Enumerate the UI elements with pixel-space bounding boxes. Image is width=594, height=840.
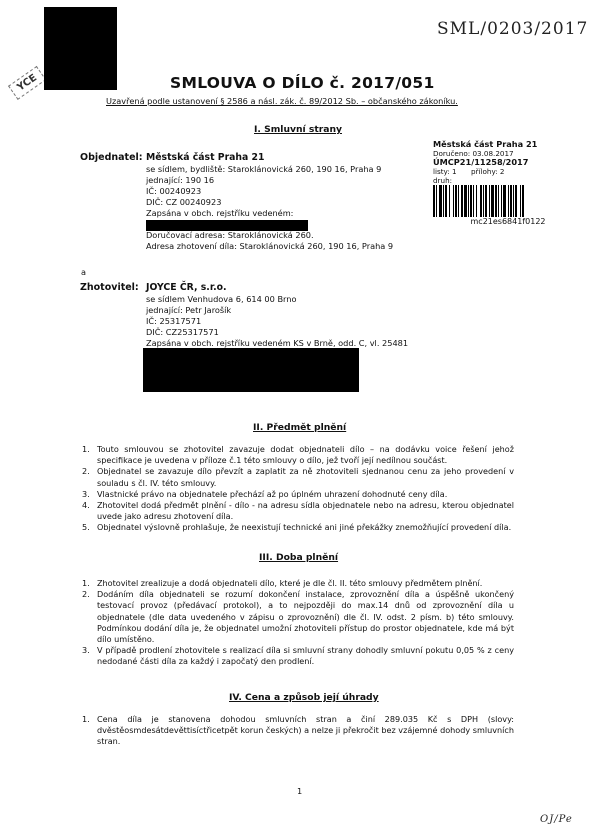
party-client-name: Městská část Praha 21 [146, 151, 393, 164]
list-item: 1.Cena díla je stanovena dohodou smluvní… [82, 714, 514, 748]
deadline-items: 1.Zhotovitel zrealizuje a dodá objednate… [82, 578, 514, 668]
party-contractor-representative: jednající: Petr Jarošík [146, 305, 408, 316]
handwritten-reference: SML/0203/2017 [437, 19, 588, 39]
stamp-office: Městská část Praha 21 [433, 140, 583, 149]
list-item-number: 1. [82, 714, 90, 725]
list-item-number: 5. [82, 522, 90, 533]
list-item: 3.Vlastnické právo na objednatele přechá… [82, 489, 514, 500]
list-item-text: Objednatel výslovně prohlašuje, že neexi… [97, 522, 511, 532]
party-client-registry: Zapsána v obch. rejstříku vedeném: [146, 208, 393, 219]
redacted-block-contractor [143, 348, 359, 392]
list-item-text: V případě prodlení zhotovitele s realiza… [97, 645, 514, 666]
redacted-block [44, 7, 117, 90]
party-client-ico: IČ: 00240923 [146, 186, 393, 197]
stamp-sheets: listy: 1 [433, 167, 471, 176]
registry-stamp: Městská část Praha 21 Doručeno: 03.08.20… [433, 140, 583, 226]
section-heading-subject: II. Předmět plnění [253, 422, 346, 433]
list-item: 1.Touto smlouvou se zhotovitel zavazuje … [82, 444, 514, 466]
section-heading-deadline: III. Doba plnění [259, 552, 338, 563]
list-item-number: 2. [82, 466, 90, 477]
party-contractor-ico: IČ: 25317571 [146, 316, 408, 327]
list-item: 3.V případě prodlení zhotovitele s reali… [82, 645, 514, 667]
page-number: 1 [297, 786, 302, 797]
party-role-client: Objednatel: [80, 152, 143, 163]
price-items: 1.Cena díla je stanovena dohodou smluvní… [82, 714, 514, 748]
redacted-line [146, 220, 308, 231]
stamp-type: druh: [433, 176, 583, 185]
section-heading-price: IV. Cena a způsob její úhrady [229, 692, 379, 703]
party-client-address: se sídlem, bydliště: Staroklánovická 260… [146, 164, 393, 175]
party-client-delivery-address: Doručovací adresa: Staroklánovická 260. [146, 230, 393, 241]
section-heading-parties: I. Smluvní strany [254, 124, 342, 135]
party-role-contractor: Zhotovitel: [80, 282, 139, 293]
barcode-text: mc21es6841f0122 [433, 217, 583, 226]
document-subtitle: Uzavřená podle ustanovení § 2586 a násl.… [106, 96, 458, 106]
list-item: 4.Zhotovitel dodá předmět plnění - dílo … [82, 500, 514, 522]
list-item-text: Zhotovitel zrealizuje a dodá objednateli… [97, 578, 482, 588]
party-client-redacted-row [146, 219, 393, 230]
list-item: 2.Objednatel se zavazuje dílo převzít a … [82, 466, 514, 488]
party-contractor-dic: DIČ: CZ25317571 [146, 327, 408, 338]
party-client-representative: jednající: 190 16 [146, 175, 393, 186]
list-item-number: 2. [82, 589, 90, 600]
party-client: Městská část Praha 21 se sídlem, bydlišt… [146, 151, 393, 252]
document-title: SMLOUVA O DÍLO č. 2017/051 [170, 74, 435, 92]
party-contractor-address: se sídlem Venhudova 6, 614 00 Brno [146, 294, 408, 305]
stamp-attachments: přílohy: 2 [471, 167, 504, 176]
stamp-reference: ÚMCP21/11258/2017 [433, 158, 583, 167]
list-item: 2.Dodáním díla objednateli se rozumí dok… [82, 589, 514, 645]
party-contractor: JOYCE ČR, s.r.o. se sídlem Venhudova 6, … [146, 281, 408, 349]
list-item-text: Dodáním díla objednateli se rozumí dokon… [97, 589, 514, 644]
list-item-number: 1. [82, 444, 90, 455]
list-item-text: Vlastnické právo na objednatele přechází… [97, 489, 447, 499]
party-client-dic: DIČ: CZ 00240923 [146, 197, 393, 208]
list-item-number: 3. [82, 645, 90, 656]
party-contractor-name: JOYCE ČR, s.r.o. [146, 281, 408, 294]
list-item-number: 3. [82, 489, 90, 500]
list-item: 1.Zhotovitel zrealizuje a dodá objednate… [82, 578, 514, 589]
list-item-text: Cena díla je stanovena dohodou smluvních… [97, 714, 514, 746]
initials-signature: OJ/Pe [540, 814, 573, 825]
list-item-text: Objednatel se zavazuje dílo převzít a za… [97, 466, 514, 487]
barcode [433, 185, 583, 217]
party-client-work-address: Adresa zhotovení díla: Staroklánovická 2… [146, 241, 393, 252]
list-item-number: 1. [82, 578, 90, 589]
list-item-text: Zhotovitel dodá předmět plnění - dílo - … [97, 500, 514, 521]
list-item-text: Touto smlouvou se zhotovitel zavazuje do… [97, 444, 514, 465]
list-item: 5.Objednatel výslovně prohlašuje, že nee… [82, 522, 514, 533]
parties-connector: a [81, 267, 86, 278]
list-item-number: 4. [82, 500, 90, 511]
company-stamp-fragment: YCE [8, 66, 46, 100]
subject-items: 1.Touto smlouvou se zhotovitel zavazuje … [82, 444, 514, 534]
